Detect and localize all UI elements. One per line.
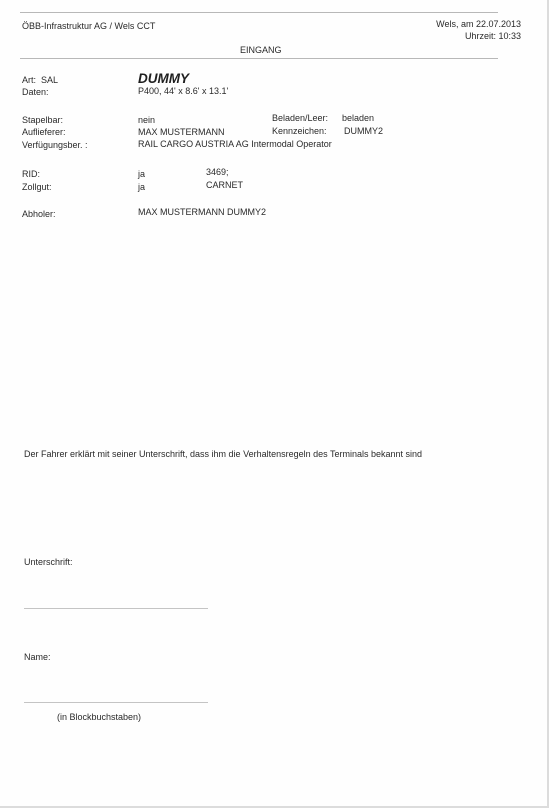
kennzeichen-value: DUMMY2 [344, 126, 383, 137]
header-bottom-rule [20, 58, 498, 59]
time-line: Uhrzeit: 10:33 [465, 31, 521, 42]
stapelbar-label: Stapelbar: [22, 115, 63, 126]
abholer-value: MAX MUSTERMANN DUMMY2 [138, 207, 266, 218]
daten-value: P400, 44' x 8.6' x 13.1' [138, 86, 228, 97]
unit-name: DUMMY [138, 72, 189, 86]
beladen-label: Beladen/Leer: [272, 113, 328, 124]
art-value: SAL [41, 75, 58, 85]
beladen-value: beladen [342, 113, 374, 124]
kennzeichen-label: Kennzeichen: [272, 126, 327, 137]
document-page: ÖBB-Infrastruktur AG / Wels CCT Wels, am… [0, 0, 549, 808]
auflieferer-label: Auflieferer: [22, 127, 66, 138]
auflieferer-value: MAX MUSTERMANN [138, 127, 225, 138]
time-label: Uhrzeit: [465, 31, 496, 41]
daten-label: Daten: [22, 87, 49, 98]
art-label: Art: [22, 75, 36, 85]
rid-flag: ja [138, 169, 145, 180]
rid-label: RID: [22, 169, 40, 180]
verfuegung-label: Verfügungsber. : [22, 140, 88, 151]
rid-value: 3469; [206, 167, 229, 178]
zollgut-flag: ja [138, 182, 145, 193]
header-top-rule [20, 12, 498, 13]
name-line[interactable] [24, 702, 208, 703]
signature-label: Unterschrift: [24, 557, 73, 568]
name-label: Name: [24, 652, 51, 663]
place-date: Wels, am 22.07.2013 [436, 19, 521, 30]
verfuegung-value: RAIL CARGO AUSTRIA AG Intermodal Operato… [138, 139, 332, 150]
abholer-label: Abholer: [22, 209, 56, 220]
stapelbar-value: nein [138, 115, 155, 126]
signature-line[interactable] [24, 608, 208, 609]
block-letters-note: (in Blockbuchstaben) [57, 712, 141, 723]
art-field: Art: SAL [22, 75, 58, 86]
driver-declaration: Der Fahrer erklärt mit seiner Unterschri… [24, 449, 422, 460]
time-value: 10:33 [498, 31, 521, 41]
company-name: ÖBB-Infrastruktur AG / Wels CCT [22, 21, 155, 32]
document-title: EINGANG [240, 45, 282, 56]
zollgut-label: Zollgut: [22, 182, 52, 193]
zollgut-value: CARNET [206, 180, 243, 191]
